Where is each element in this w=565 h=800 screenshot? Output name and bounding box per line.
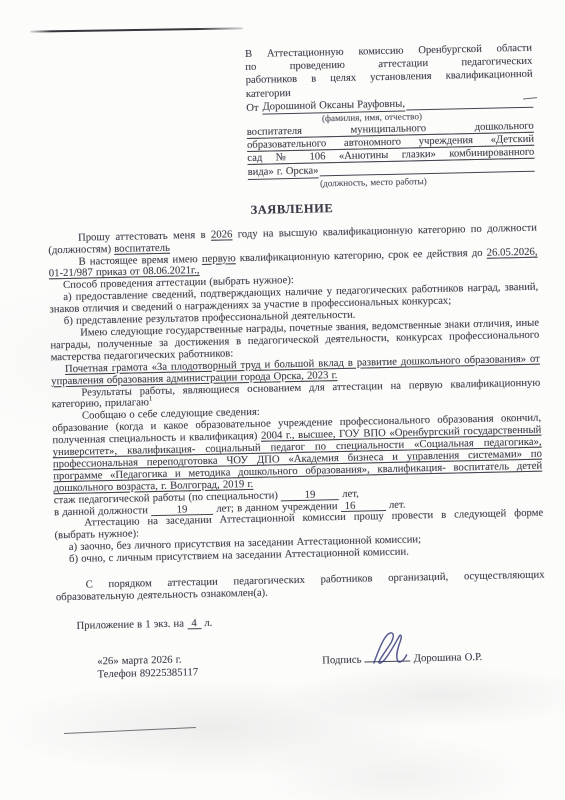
footnote-mark: 1 [149,395,153,403]
signature-label: Подпись [322,653,362,666]
footer-block: «26» марта 2026 г. Телефон 89225385117 П… [57,645,546,682]
paragraph-education: образование (когда и какое образовательн… [52,413,542,495]
text-run: лет. [386,498,406,510]
sheets-count-value: 4 [187,618,201,629]
workplace-tail: вида» г. Орска» [248,164,319,180]
scan-edge-artifact [30,27,243,32]
text-run: Приложение в 1 экз. на [76,617,187,631]
scanned-application-document: В Аттестационную комиссию Оренбургской о… [0,0,565,800]
paragraph-acknowledgement: С порядком аттестации педагогических раб… [56,570,545,604]
addressee-block: В Аттестационную комиссию Оренбургской о… [245,42,535,191]
paragraph-attachment: Приложение в 1 экз. на 4 л. [56,611,545,634]
current-category-value: первую [202,252,236,265]
document-content: В Аттестационную комиссию Оренбургской о… [44,42,547,683]
phone-line: Телефон 89225385117 [97,666,198,682]
footnote-rule [64,727,196,734]
stray-pen-mark [523,97,537,100]
from-prefix: От [246,101,263,115]
signature-block: Подпись Дорошина О.Р. [322,647,483,667]
attestation-year-value: 2026 [211,228,233,240]
document-title: ЗАЯВЛЕНИЕ [47,199,536,222]
signature-name: Дорошина О.Р. [414,651,483,664]
footer-left: «26» марта 2026 г. Телефон 89225385117 [97,653,198,682]
handwritten-signature [368,627,411,668]
signature-line [364,649,410,662]
text-run: л. [201,617,212,629]
text-run: лет, [339,487,359,499]
